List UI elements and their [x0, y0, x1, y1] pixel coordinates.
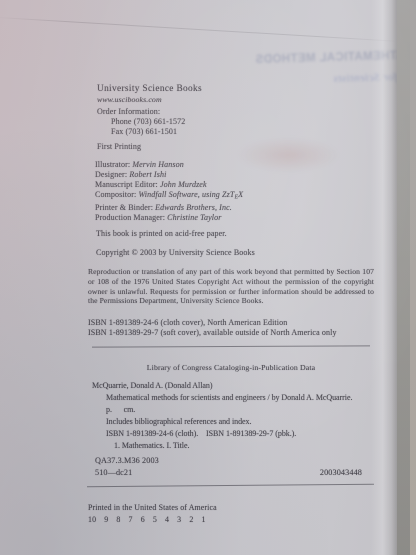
acid-free-block: This book is printed on acid-free paper. — [88, 229, 382, 239]
credit-row-manuscript-editor: Manuscript Editor: John Murdzek — [95, 180, 381, 190]
call-number-block: QA37.3.M36 2003 510—dc21 2003043448 — [88, 455, 381, 478]
publisher-website: www.uscibooks.com — [97, 95, 383, 105]
permissions-block: Reproduction or translation of any part … — [88, 267, 374, 306]
credit-row-compositor: Compositor: Windfall Software, using ZzT… — [95, 190, 381, 204]
credit-value: Robert Ishi — [129, 170, 166, 179]
credit-label: Illustrator: — [95, 160, 130, 169]
catalog-includes-line: Includes bibliographical references and … — [92, 416, 378, 428]
dewey-number: 510—dc21 — [95, 467, 132, 479]
credits-block: Illustrator: Mervin Hanson Designer: Rob… — [88, 160, 381, 223]
loc-heading: Library of Congress Cataloging-in-Public… — [88, 363, 374, 373]
credit-value: John Murdzek — [160, 180, 207, 189]
page-stack-edge — [397, 0, 410, 555]
credit-value: Windfall Software, using ZzTEX — [138, 190, 243, 199]
catalog-title-line: Mathematical methods for scientists and … — [92, 392, 378, 404]
credit-label: Designer: — [95, 170, 127, 179]
loc-heading-block: Library of Congress Cataloging-in-Public… — [88, 363, 374, 373]
catalog-block: McQuarrie, Donald A. (Donald Allan) Math… — [88, 380, 378, 452]
credit-row-printer-binder: Printer & Binder: Edwards Brothers, Inc. — [95, 203, 381, 213]
credit-label: Printer & Binder: — [95, 203, 153, 212]
order-info-heading: Order Information: — [97, 107, 383, 117]
catalog-author-line: McQuarrie, Donald A. (Donald Allan) — [92, 380, 378, 392]
print-run-numbers: 10 9 8 7 6 5 4 3 2 1 — [88, 514, 374, 525]
catalog-subject-line: 1. Mathematics. I. Title. — [92, 440, 378, 452]
background-edge — [410, 0, 416, 555]
publisher-name: University Science Books — [97, 84, 383, 95]
order-fax: Fax (703) 661-1501 — [97, 127, 383, 137]
loc-call-number: QA37.3.M36 2003 — [95, 455, 381, 467]
catalog-pagination-line: p. cm. — [92, 404, 378, 416]
publisher-block: University Science Books www.uscibooks.c… — [88, 84, 383, 137]
credit-value: Mervin Hanson — [132, 160, 184, 169]
printed-block: Printed in the United States of America … — [88, 503, 374, 525]
permissions-paragraph: Reproduction or translation of any part … — [88, 267, 374, 306]
acid-free-note: This book is printed on acid-free paper. — [96, 229, 382, 239]
isbn-soft-line: ISBN 1-891389-29-7 (soft cover), availab… — [88, 328, 374, 338]
credit-value: Christine Taylor — [167, 213, 221, 222]
credit-label: Compositor: — [95, 190, 136, 199]
page-content: University Science Books www.uscibooks.c… — [88, 0, 374, 555]
copyright-page: MATHEMATICAL METHODS for Scientists Univ… — [0, 0, 397, 555]
copyright-block: Copyright © 2003 by University Science B… — [88, 248, 382, 258]
printing-block: First Printing — [88, 142, 383, 152]
credit-label: Production Manager: — [95, 213, 165, 222]
divider-rule-bottom — [87, 484, 374, 488]
order-phone: Phone (703) 661-1572 — [97, 117, 383, 127]
dewey-lccn-row: 510—dc21 2003043448 — [95, 467, 381, 479]
catalog-isbn-line: ISBN 1-891389-24-6 (cloth). ISBN 1-89138… — [92, 428, 378, 440]
printing-line: First Printing — [97, 142, 383, 152]
credit-value: Edwards Brothers, Inc. — [155, 203, 232, 212]
isbn-block: ISBN 1-891389-24-6 (cloth cover), North … — [88, 318, 374, 338]
lccn-number: 2003043448 — [320, 467, 362, 479]
copyright-line: Copyright © 2003 by University Science B… — [96, 248, 382, 258]
credit-label: Manuscript Editor: — [95, 180, 158, 189]
credit-row-production-manager: Production Manager: Christine Taylor — [95, 213, 381, 223]
credit-row-illustrator: Illustrator: Mervin Hanson — [95, 160, 381, 170]
book-photo: MATHEMATICAL METHODS for Scientists Univ… — [0, 0, 416, 555]
printed-in-line: Printed in the United States of America — [88, 503, 374, 513]
credit-row-designer: Designer: Robert Ishi — [95, 170, 381, 180]
divider-rule-top — [92, 345, 370, 347]
isbn-cloth-line: ISBN 1-891389-24-6 (cloth cover), North … — [88, 318, 374, 328]
